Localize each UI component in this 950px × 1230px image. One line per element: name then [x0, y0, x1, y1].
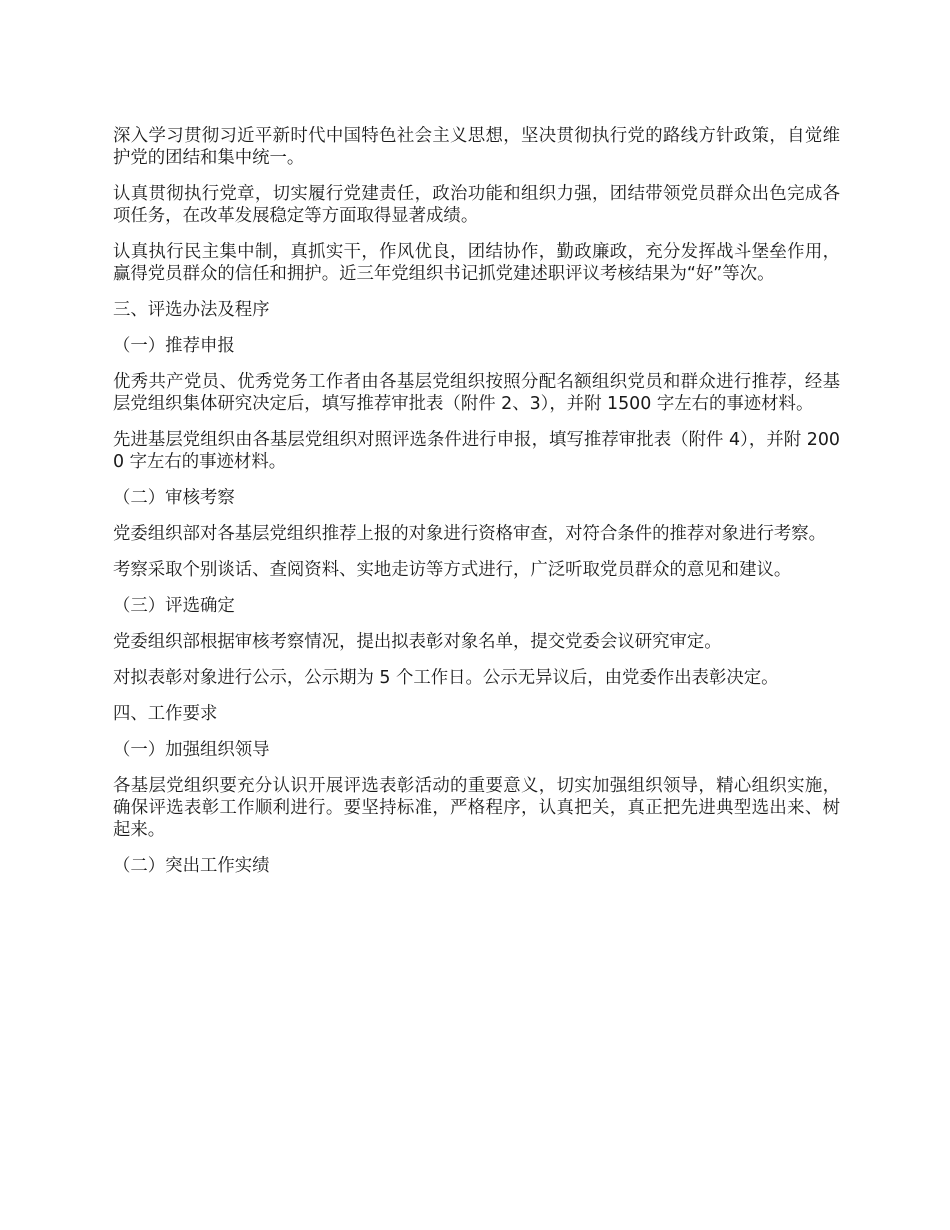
subsection-heading-recommendation: （一）推荐申报	[113, 335, 840, 357]
paragraph-leadership: 各基层党组织要充分认识开展评选表彰活动的重要意义，切实加强组织领导，精心组织实施…	[113, 775, 840, 841]
section-heading-selection-method: 三、评选办法及程序	[113, 299, 840, 321]
paragraph-nominee-list: 党委组织部根据审核考察情况，提出拟表彰对象名单，提交党委会议研究审定。	[113, 631, 840, 653]
paragraph-qualification-review: 党委组织部对各基层党组织推荐上报的对象进行资格审查，对符合条件的推荐对象进行考察…	[113, 523, 840, 545]
paragraph-democratic-centralism: 认真执行民主集中制，真抓实干，作风优良，团结协作，勤政廉政，充分发挥战斗堡垒作用…	[113, 241, 840, 285]
subsection-heading-review: （二）审核考察	[113, 487, 840, 509]
paragraph-inspection-methods: 考察采取个别谈话、查阅资料、实地走访等方式进行，广泛听取党员群众的意见和建议。	[113, 559, 840, 581]
paragraph-recommendation-members: 优秀共产党员、优秀党务工作者由各基层党组织按照分配名额组织党员和群众进行推荐，经…	[113, 371, 840, 415]
subsection-heading-confirmation: （三）评选确定	[113, 595, 840, 617]
subsection-heading-leadership: （一）加强组织领导	[113, 739, 840, 761]
paragraph-party-building: 认真贯彻执行党章，切实履行党建责任，政治功能和组织力强，团结带领党员群众出色完成…	[113, 183, 840, 227]
section-heading-work-requirements: 四、工作要求	[113, 703, 840, 725]
paragraph-public-notice: 对拟表彰对象进行公示，公示期为 5 个工作日。公示无异议后，由党委作出表彰决定。	[113, 667, 840, 689]
document-page: 深入学习贯彻习近平新时代中国特色社会主义思想，坚决贯彻执行党的路线方针政策，自觉…	[113, 125, 840, 891]
subsection-heading-work-performance: （二）突出工作实绩	[113, 855, 840, 877]
paragraph-recommendation-organizations: 先进基层党组织由各基层党组织对照评选条件进行申报，填写推荐审批表（附件 4），并…	[113, 429, 840, 473]
paragraph-political-standard: 深入学习贯彻习近平新时代中国特色社会主义思想，坚决贯彻执行党的路线方针政策，自觉…	[113, 125, 840, 169]
